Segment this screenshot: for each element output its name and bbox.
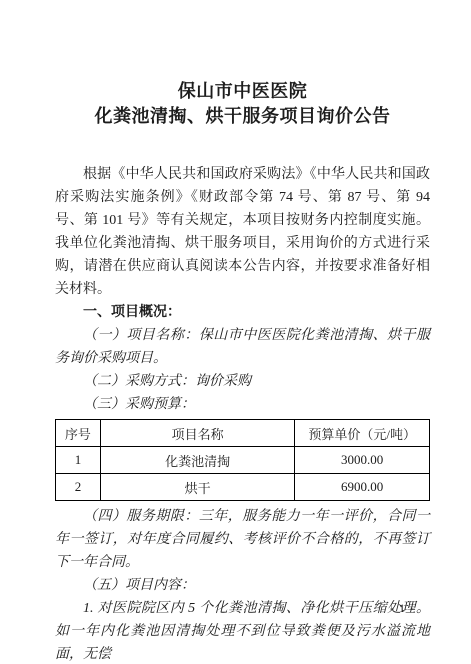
cell-no: 2 [56,474,101,501]
table-row: 1 化粪池清掏 3000.00 [56,447,430,474]
col-header-price: 预算单价（元/吨） [295,420,430,447]
document-body: 保山市中医医院 化粪池清掏、烘干服务项目询价公告 根据《中华人民共和国政府采购法… [0,0,471,664]
item-procurement-method: （二）采购方式：询价采购 [55,370,430,393]
table-header-row: 序号 项目名称 预算单价（元/吨） [56,420,430,447]
document-title: 保山市中医医院 化粪池清掏、烘干服务项目询价公告 [55,79,430,129]
col-header-name: 项目名称 [100,420,294,447]
title-line-1: 保山市中医医院 [55,79,430,104]
cell-price: 3000.00 [295,447,430,474]
col-header-no: 序号 [56,420,101,447]
table-row: 2 烘干 6900.00 [56,474,430,501]
item-project-content: （五）项目内容： [55,574,430,597]
document-page: 保山市中医医院 化粪池清掏、烘干服务项目询价公告 根据《中华人民共和国政府采购法… [0,0,471,664]
page-number: - 1 - [390,601,415,616]
cell-price: 6900.00 [295,474,430,501]
cell-name: 化粪池清掏 [100,447,294,474]
cell-name: 烘干 [100,474,294,501]
item-project-name: （一）项目名称：保山市中医医院化粪池清掏、烘干服务询价采购项目。 [55,324,430,370]
section-heading-overview: 一、项目概况： [55,301,430,324]
item-budget: （三）采购预算： [55,393,430,416]
intro-paragraph: 根据《中华人民共和国政府采购法》《中华人民共和国政府采购法实施条例》《财政部令第… [55,163,430,301]
item-service-term: （四）服务期限：三年，服务能力一年一评价，合同一年一签订，对年度合同履约、考核评… [55,505,430,574]
title-line-2: 化粪池清掏、烘干服务项目询价公告 [55,104,430,129]
cell-no: 1 [56,447,101,474]
budget-table: 序号 项目名称 预算单价（元/吨） 1 化粪池清掏 3000.00 2 烘干 6… [55,419,430,501]
content-point-1: 1. 对医院院区内 5 个化粪池清掏、净化烘干压缩处理。如一年内化粪池因清掏处理… [55,597,430,664]
